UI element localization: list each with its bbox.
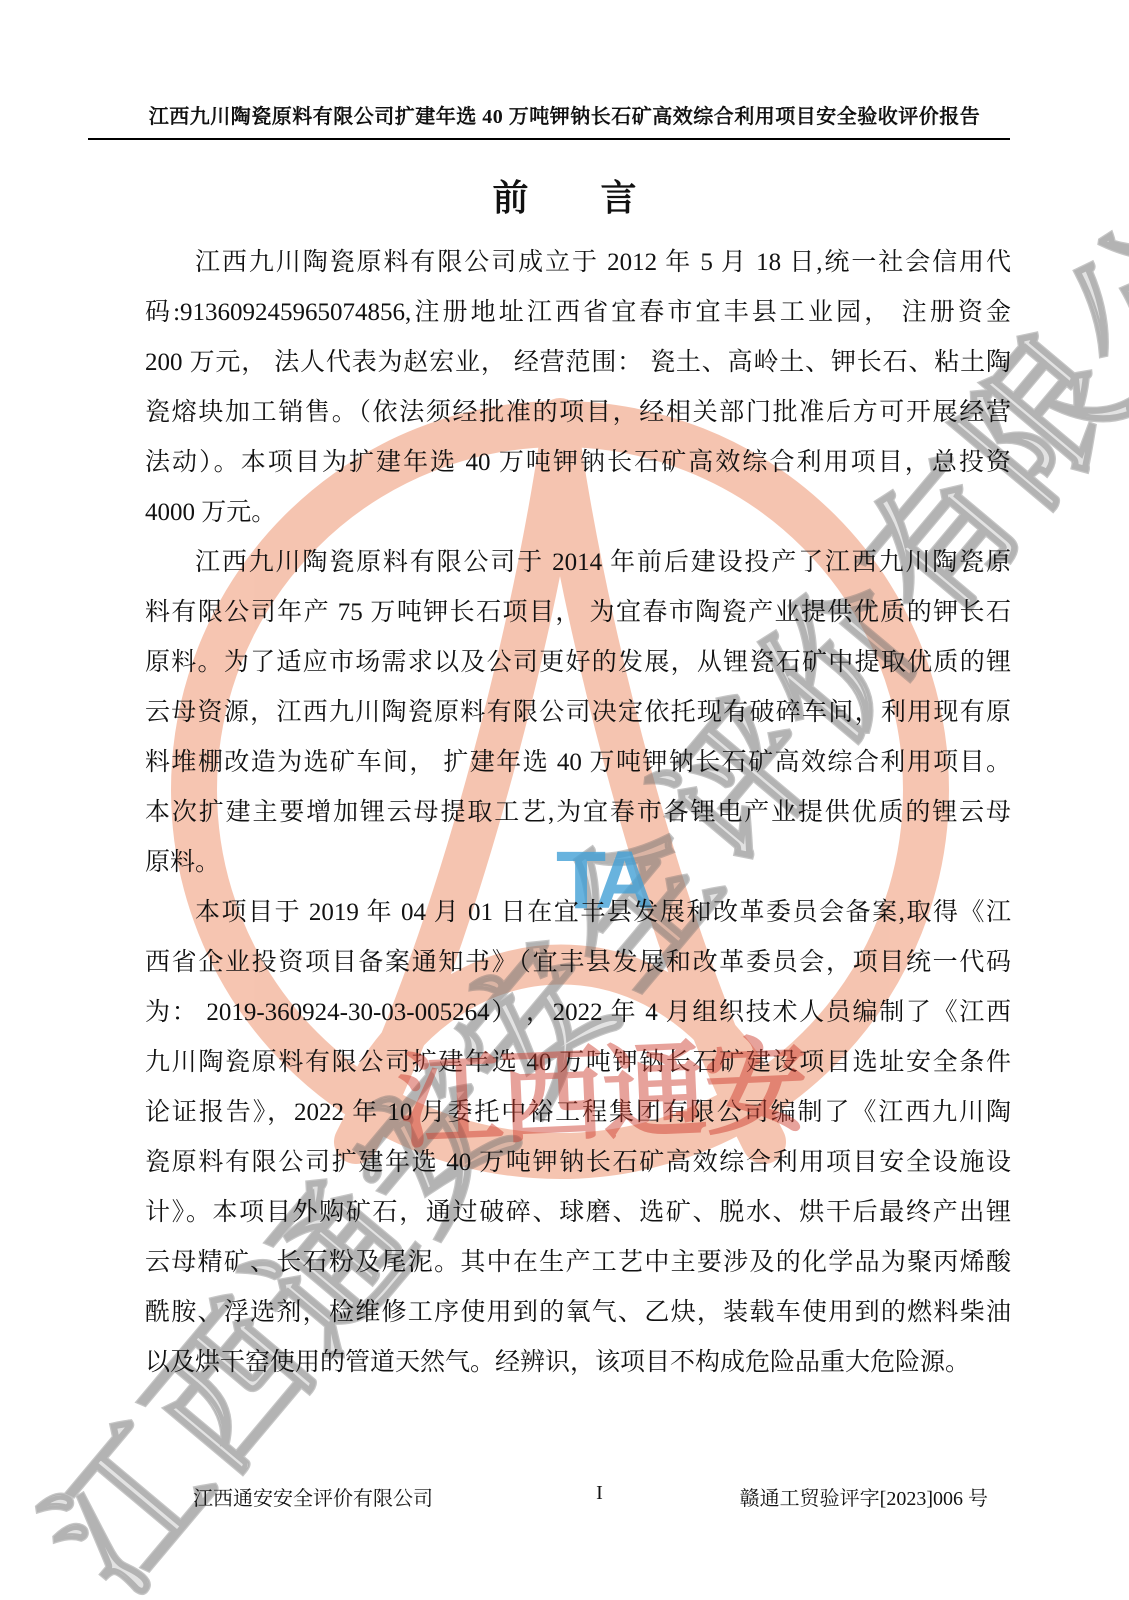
body-line: 云母精矿、长石粉及尾泥。其中在生产工艺中主要涉及的化学品为聚丙烯酸	[145, 1238, 1011, 1288]
body-line: 本次扩建主要增加锂云母提取工艺,为宜春市各锂电产业提供优质的锂云母	[145, 788, 1011, 838]
body-line: 200 万元， 法人代表为赵宏业， 经营范围： 瓷土、高岭土、钾长石、粘土陶	[145, 338, 1011, 388]
body-line: 以及烘干窑使用的管道天然气。经辨识，该项目不构成危险品重大危险源。	[145, 1338, 1011, 1388]
body-line: 码:913609245965074856,注册地址江西省宜春市宜丰县工业园， 注…	[145, 288, 1011, 338]
body-line: 西省企业投资项目备案通知书》（宜丰县发展和改革委员会，项目统一代码	[145, 938, 1011, 988]
body-line: 本项目于 2019 年 04 月 01 日在宜丰县发展和改革委员会备案,取得《江	[145, 888, 1011, 938]
body-line: 料堆棚改造为选矿车间， 扩建年选 40 万吨钾钠长石矿高效综合利用项目。	[145, 738, 1011, 788]
body-line: 江西九川陶瓷原料有限公司成立于 2012 年 5 月 18 日,统一社会信用代	[145, 238, 1011, 288]
body-line: 江西九川陶瓷原料有限公司于 2014 年前后建设投产了江西九川陶瓷原	[145, 538, 1011, 588]
body-line: 云母资源，江西九川陶瓷原料有限公司决定依托现有破碎车间，利用现有原	[145, 688, 1011, 738]
body-line: 瓷熔块加工销售。（依法须经批准的项目，经相关部门批准后方可开展经营	[145, 388, 1011, 438]
document-page: 江西通安安全评价有限公司 TA 江西通安 江西九川陶瓷原料有限公司扩建年选 40…	[0, 0, 1129, 1600]
body-line: 料有限公司年产 75 万吨钾长石项目， 为宜春市陶瓷产业提供优质的钾长石	[145, 588, 1011, 638]
watermark-stamp-text: 江西通安	[395, 1001, 809, 1169]
body-line: 酰胺、浮选剂，检维修工序使用到的氧气、乙炔，装载车使用到的燃料柴油	[145, 1288, 1011, 1338]
body-line: 计》。本项目外购矿石，通过破碎、球磨、选矿、脱水、烘干后最终产出锂	[145, 1188, 1011, 1238]
body-line: 法动）。本项目为扩建年选 40 万吨钾钠长石矿高效综合利用项目，总投资	[145, 438, 1011, 488]
body-line: 原料。为了适应市场需求以及公司更好的发展，从锂瓷石矿中提取优质的锂	[145, 638, 1011, 688]
body-line: 4000 万元。	[145, 488, 1011, 538]
body-paragraphs: 江西九川陶瓷原料有限公司成立于 2012 年 5 月 18 日,统一社会信用代 …	[145, 238, 1011, 1388]
footer-doc-number: 赣通工贸验评字[2023]006 号	[740, 1482, 988, 1511]
body-line: 原料。	[145, 838, 1011, 888]
